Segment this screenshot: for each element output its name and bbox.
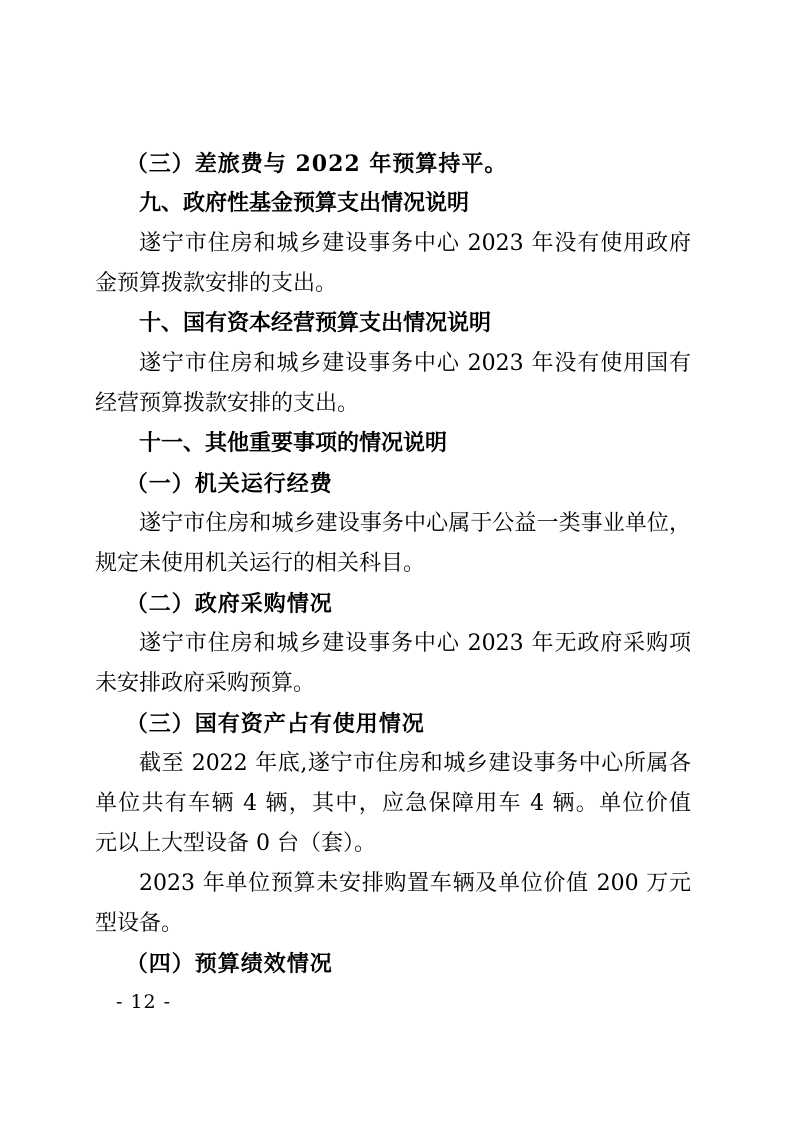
para-procurement-line-2: 未安排政府采购预算。 [95, 664, 691, 704]
document-page: （三）差旅费与 2022 年预算持平。 九、政府性基金预算支出情况说明 遂宁市住… [0, 0, 793, 1122]
para-vehicles-2023-line-2: 型设备。 [95, 904, 691, 944]
para-assets-line-2: 单位共有车辆 4 辆，其中，应急保障用车 4 辆。单位价值 200 万 [95, 784, 691, 824]
heading-9-gov-fund-budget: 九、政府性基金预算支出情况说明 [95, 184, 691, 224]
subheading-3-travel-expense: （三）差旅费与 2022 年预算持平。 [95, 144, 691, 184]
heading-10-state-capital-budget: 十、国有资本经营预算支出情况说明 [95, 304, 691, 344]
page-number: - 12 - [116, 988, 171, 1016]
para-state-capital-line-1: 遂宁市住房和城乡建设事务中心 2023 年没有使用国有资本 [95, 344, 691, 384]
subheading-4-budget-performance: （四）预算绩效情况 [95, 944, 691, 984]
para-procurement-line-1: 遂宁市住房和城乡建设事务中心 2023 年无政府采购项目， [95, 624, 691, 664]
para-assets-line-1: 截至 2022 年底,遂宁市住房和城乡建设事务中心所属各预算 [95, 744, 691, 784]
para-vehicles-2023-line-1: 2023 年单位预算未安排购置车辆及单位价值 200 万元以上大 [95, 864, 691, 904]
document-body: （三）差旅费与 2022 年预算持平。 九、政府性基金预算支出情况说明 遂宁市住… [95, 144, 691, 984]
para-state-capital-line-2: 经营预算拨款安排的支出。 [95, 384, 691, 424]
subheading-1-agency-operating-funds: （一）机关运行经费 [95, 464, 691, 504]
para-gov-fund-line-2: 金预算拨款安排的支出。 [95, 264, 691, 304]
para-gov-fund-line-1: 遂宁市住房和城乡建设事务中心 2023 年没有使用政府性基 [95, 224, 691, 264]
subheading-2-gov-procurement: （二）政府采购情况 [95, 584, 691, 624]
para-agency-funds-line-1: 遂宁市住房和城乡建设事务中心属于公益一类事业单位，按 [95, 504, 691, 544]
subheading-3-state-assets-usage: （三）国有资产占有使用情况 [95, 704, 691, 744]
heading-11-other-important-matters: 十一、其他重要事项的情况说明 [95, 424, 691, 464]
para-assets-line-3: 元以上大型设备 0 台（套）。 [95, 824, 691, 864]
para-agency-funds-line-2: 规定未使用机关运行的相关科目。 [95, 544, 691, 584]
